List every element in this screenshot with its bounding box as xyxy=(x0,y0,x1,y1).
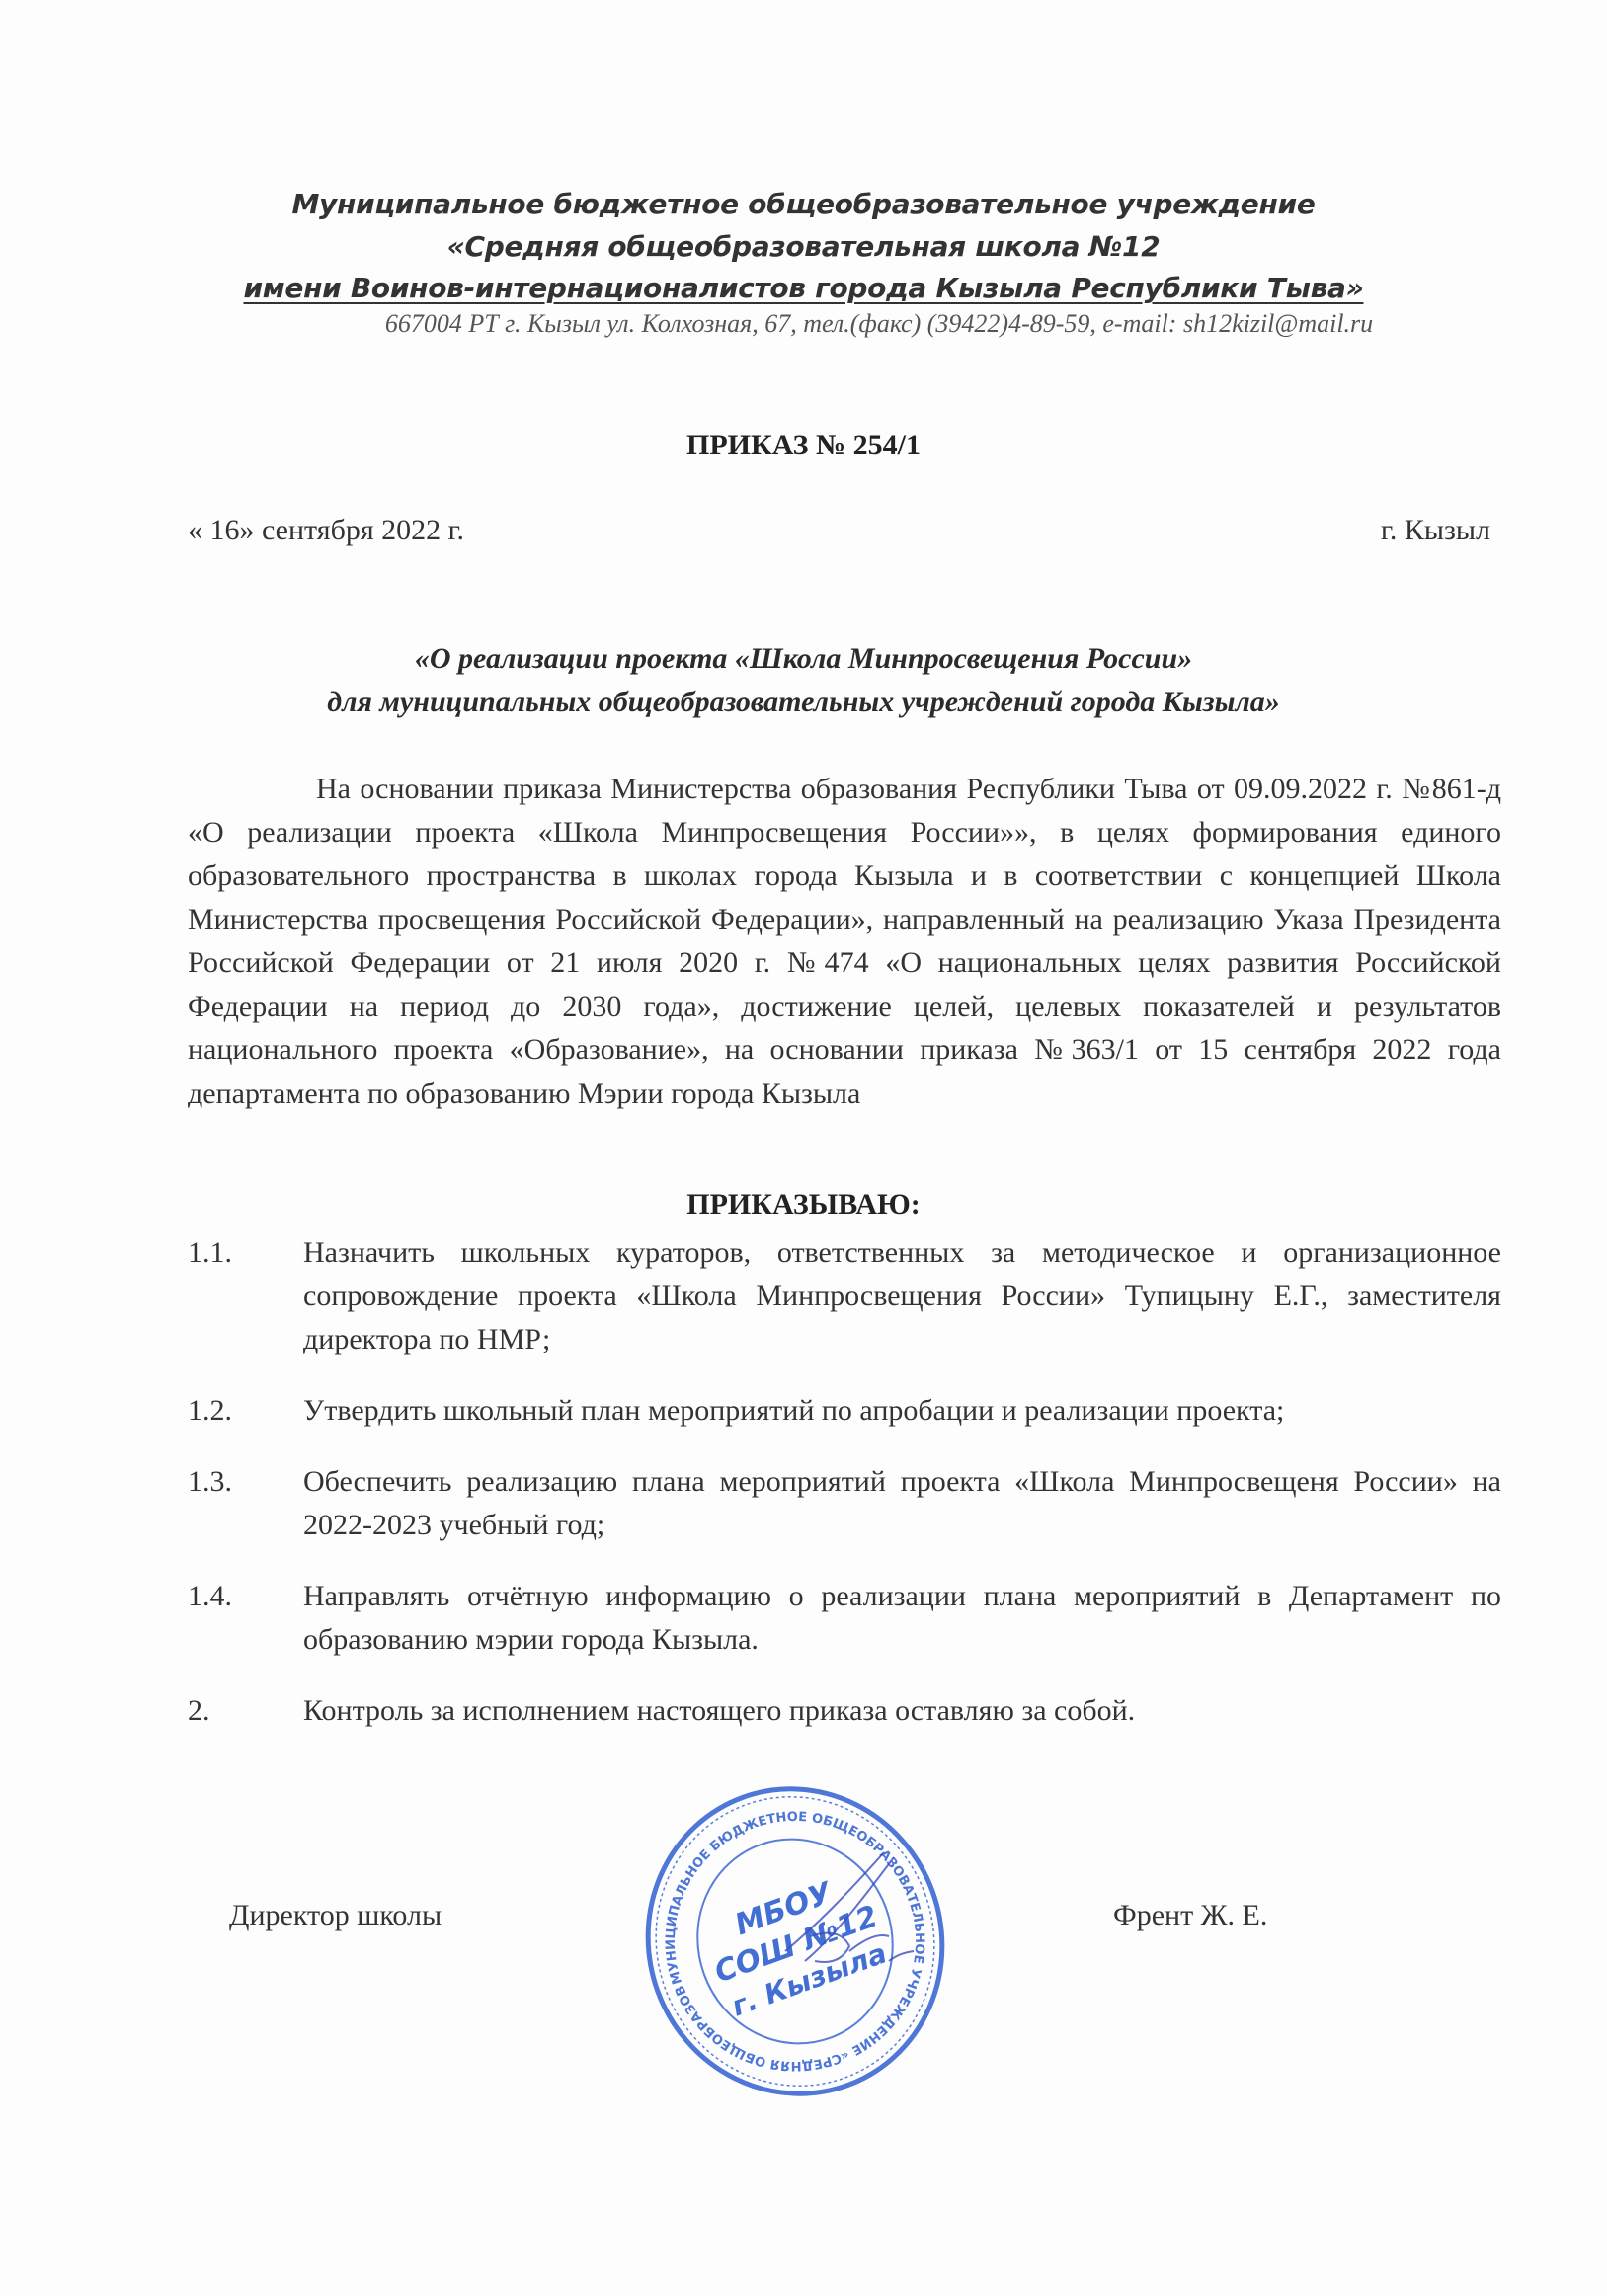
item-text: Направлять отчётную информацию о реализа… xyxy=(303,1575,1501,1662)
item-text: Контроль за исполнением настоящего прика… xyxy=(303,1689,1501,1733)
order-date: « 16» сентября 2022 г. xyxy=(188,514,464,547)
order-item: 1.2. Утвердить школьный план мероприятий… xyxy=(188,1389,1501,1433)
order-subject-line2: для муниципальных общеобразовательных уч… xyxy=(0,686,1607,719)
order-items-list: 1.1. Назначить школьных кураторов, ответ… xyxy=(188,1231,1501,1733)
institution-name-line3-text: имени Воинов-интернационалистов города К… xyxy=(243,272,1363,304)
order-title: ПРИКАЗ № 254/1 xyxy=(0,429,1607,462)
item-number: 1.3. xyxy=(188,1460,303,1547)
order-item: 1.1. Назначить школьных кураторов, ответ… xyxy=(188,1231,1501,1361)
order-item: 1.4. Направлять отчётную информацию о ре… xyxy=(188,1575,1501,1662)
item-text: Утвердить школьный план мероприятий по а… xyxy=(303,1389,1501,1433)
order-city: г. Кызыл xyxy=(1381,514,1490,547)
item-number: 1.4. xyxy=(188,1575,303,1662)
item-text: Обеспечить реализацию плана мероприятий … xyxy=(303,1460,1501,1547)
order-directive-heading: ПРИКАЗЫВАЮ: xyxy=(0,1189,1607,1222)
order-item: 1.3. Обеспечить реализацию плана меропри… xyxy=(188,1460,1501,1547)
institution-name-line1: Муниципальное бюджетное общеобразователь… xyxy=(0,188,1607,220)
institution-name-line3: имени Воинов-интернационалистов города К… xyxy=(0,272,1607,304)
institution-address: 667004 РТ г. Кызыл ул. Колхозная, 67, те… xyxy=(286,309,1472,339)
item-text: Назначить школьных кураторов, ответствен… xyxy=(303,1231,1501,1361)
order-preamble: На основании приказа Министерства образо… xyxy=(188,768,1501,1115)
order-subject-line1: «О реализации проекта «Школа Минпросвеще… xyxy=(0,642,1607,676)
item-number: 1.2. xyxy=(188,1389,303,1433)
order-item: 2. Контроль за исполнением настоящего пр… xyxy=(188,1689,1501,1733)
official-stamp-icon: МУНИЦИПАЛЬНОЕ БЮДЖЕТНОЕ ОБЩЕОБРАЗОВАТЕЛЬ… xyxy=(637,1778,953,2104)
signatory-name: Френт Ж. Е. xyxy=(1113,1899,1267,1932)
item-number: 1.1. xyxy=(188,1231,303,1361)
document-page: Муниципальное бюджетное общеобразователь… xyxy=(0,0,1607,2296)
item-number: 2. xyxy=(188,1689,303,1733)
institution-name-line2: «Средняя общеобразовательная школа №12 xyxy=(0,230,1607,263)
signatory-role: Директор школы xyxy=(229,1899,442,1932)
